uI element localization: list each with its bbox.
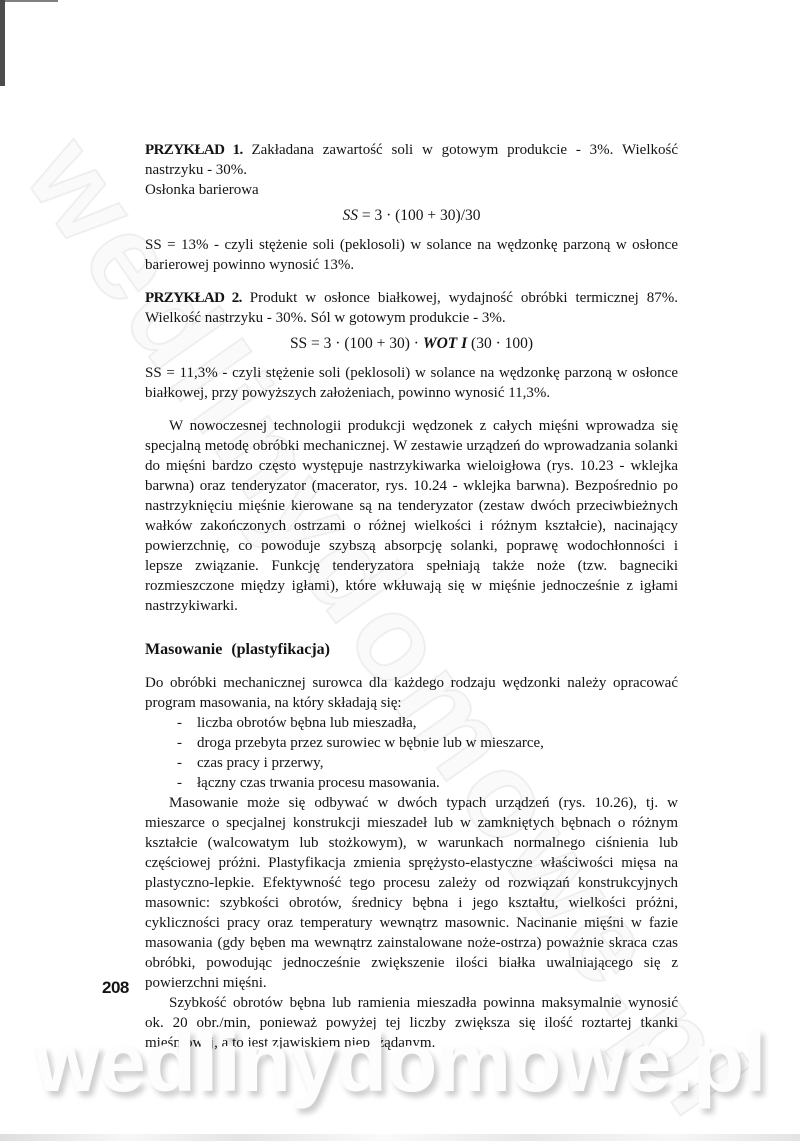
list-dash: - [177,733,182,753]
list-item-text: droga przebyta przez surowiec w bębnie l… [197,735,544,751]
paragraph-massaging-devices: Masowanie może się odbywać w dwóch typac… [145,793,678,993]
page-number: 208 [102,978,129,998]
scan-artifact-top-edge [0,0,58,2]
list-item: -łączny czas trwania procesu masowania. [145,773,678,793]
example2-paragraph: PRZYKŁAD 2. Produkt w osłonce białkowej,… [145,288,678,328]
example1-casing-line: Osłonka barierowa [145,180,678,200]
formula1-variable: SS [342,207,358,224]
example1-label: PRZYKŁAD 1. [145,142,243,158]
scan-artifact-left-edge [0,0,5,86]
example2-label: PRZYKŁAD 2. [145,290,242,306]
list-dash: - [177,753,182,773]
list-item-text: czas pracy i przerwy, [197,755,323,771]
list-item: -liczba obrotów bębna lub mieszadła, [145,713,678,733]
list-dash: - [177,713,182,733]
paragraph-technology: W nowoczesnej technologii produkcji wędz… [145,416,678,616]
example2-result: SS = 11,3% - czyli stężenie soli (peklos… [145,363,678,403]
list-item-text: łączny czas trwania procesu masowania. [197,775,440,791]
formula2-expression-right: (30 · 100) [467,335,533,352]
list-item: -czas pracy i przerwy, [145,753,678,773]
list-item-text: liczba obrotów bębna lub mieszadła, [197,715,417,731]
scan-noise-bottom [0,1134,800,1141]
section-intro-paragraph: Do obróbki mechanicznej surowca dla każd… [145,673,678,713]
formula-1: SS = 3 · (100 + 30)/30 [145,206,678,226]
formula2-expression-left: SS = 3 · (100 + 30) · [290,335,423,352]
bottom-watermark-text: wedlinydomowe.pl [35,1014,766,1111]
example1-paragraph: PRZYKŁAD 1. Zakładana zawartość soli w g… [145,140,678,180]
section-heading: Masowanie (plastyfikacja) [145,640,678,660]
text-column: PRZYKŁAD 1. Zakładana zawartość soli w g… [145,140,678,1053]
formula2-variable: WOT I [423,335,467,352]
formula-2: SS = 3 · (100 + 30) · WOT I (30 · 100) [145,334,678,354]
formula1-expression: = 3 · (100 + 30)/30 [358,207,481,224]
list-item: -droga przebyta przez surowiec w bębnie … [145,733,678,753]
book-page: wedlinydomowe.pl PRZYKŁAD 1. Zakładana z… [0,0,800,1141]
example1-result: SS = 13% - czyli stężenie soli (peklosol… [145,235,678,275]
list-dash: - [177,773,182,793]
massaging-program-list: -liczba obrotów bębna lub mieszadła, -dr… [145,713,678,793]
